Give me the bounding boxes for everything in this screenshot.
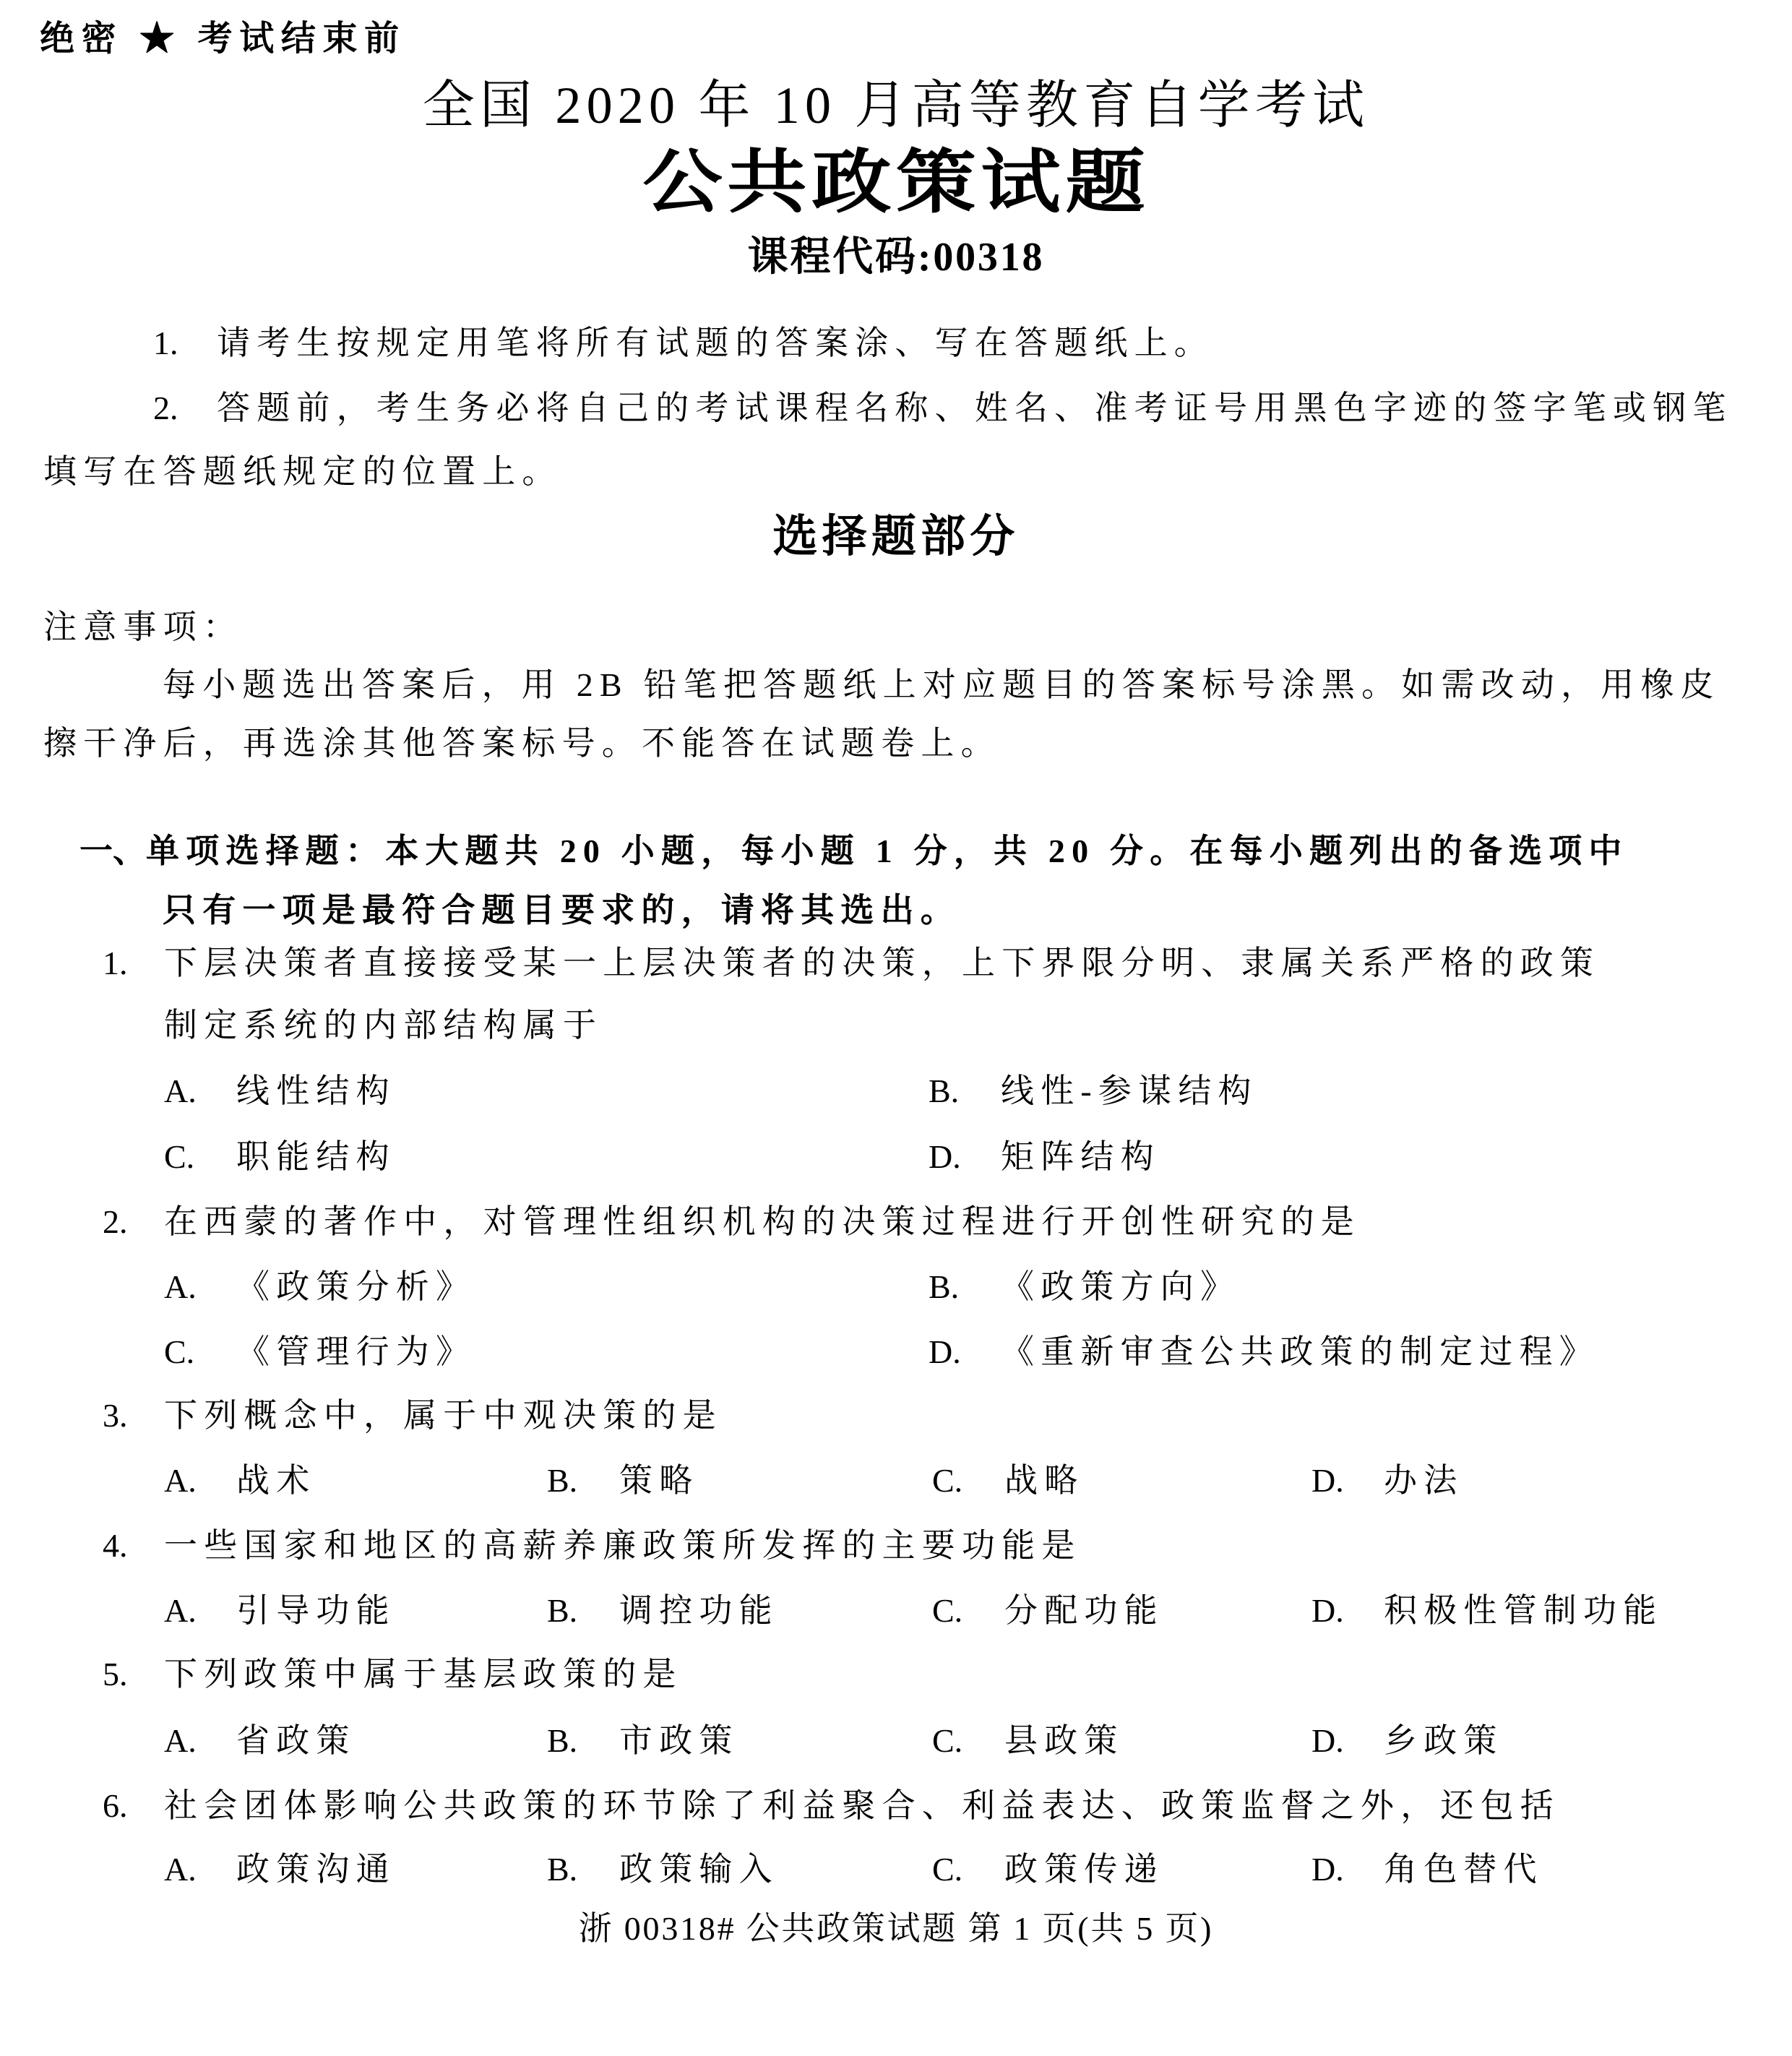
question-6-option-a-label: A. — [164, 1853, 236, 1886]
question-5-options-row: A.省政策 B.市政策 C.县政策 D.乡政策 — [0, 1724, 1792, 1768]
question-4-option-c-text: 分配功能 — [1004, 1592, 1164, 1629]
question-1-options-row-1: A.线性结构 B.线性-参谋结构 — [0, 1075, 1792, 1118]
question-1-option-b-label: B. — [929, 1075, 1001, 1108]
paper-title: 公共政策试题 — [0, 148, 1792, 218]
notice-line-1: 每小题选出答案后，用 2B 铅笔把答题纸上对应题目的答案标号涂黑。如需改动，用橡… — [163, 668, 1720, 702]
question-3-option-c-text: 战略 — [1004, 1462, 1084, 1499]
question-4-option-b: B.调控功能 — [547, 1594, 779, 1627]
instruction-1-number: 1. — [153, 327, 217, 360]
question-1-option-b: B.线性-参谋结构 — [929, 1075, 1258, 1108]
question-6-stem: 6.社会团体影响公共政策的环节除了利益聚合、利益表达、政策监督之外，还包括 — [103, 1789, 1560, 1823]
question-3-option-a-label: A. — [164, 1464, 236, 1497]
page-footer: 浙 00318# 公共政策试题 第 1 页(共 5 页) — [0, 1912, 1792, 1945]
question-2-text: 在西蒙的著作中，对管理性组织机构的决策过程进行开创性研究的是 — [164, 1203, 1361, 1240]
part-1-heading-text: 单项选择题：本大题共 20 小题，每小题 1 分，共 20 分。在每小题列出的备… — [146, 833, 1629, 869]
question-2-option-d-label: D. — [929, 1335, 1001, 1369]
notice-heading: 注意事项： — [43, 611, 243, 644]
instruction-2-continuation: 填写在答题纸规定的位置上。 — [43, 455, 562, 489]
instruction-2: 2.答题前，考生务必将自己的考试课程名称、姓名、准考证号用黑色字迹的签字笔或钢笔 — [153, 392, 1733, 425]
question-4-option-a-label: A. — [164, 1594, 236, 1627]
question-5-option-a: A.省政策 — [164, 1724, 356, 1758]
notice-line-2: 擦干净后，再选涂其他答案标号。不能答在试题卷上。 — [43, 727, 1001, 760]
question-3-option-b: B.策略 — [547, 1464, 699, 1497]
question-6-text: 社会团体影响公共政策的环节除了利益聚合、利益表达、政策监督之外，还包括 — [164, 1787, 1560, 1824]
question-2-option-a: A.《政策分析》 — [164, 1270, 475, 1304]
question-1-option-a-text: 线性结构 — [236, 1072, 396, 1109]
part-1-heading: 一、单项选择题：本大题共 20 小题，每小题 1 分，共 20 分。在每小题列出… — [79, 835, 1629, 868]
secret-label: 绝密 ★ 考试结束前 — [40, 22, 406, 56]
question-1-options-row-2: C.职能结构 D.矩阵结构 — [0, 1140, 1792, 1184]
question-1-option-d-text: 矩阵结构 — [1001, 1138, 1160, 1175]
question-6-option-c: C.政策传递 — [932, 1853, 1164, 1886]
question-6-option-c-label: C. — [932, 1853, 1004, 1886]
question-3-number: 3. — [103, 1399, 164, 1432]
instruction-1-text: 请考生按规定用笔将所有试题的答案涂、写在答题纸上。 — [217, 324, 1214, 361]
question-1-option-c-text: 职能结构 — [236, 1138, 396, 1175]
question-1-stem: 1.下层决策者直接接受某一上层决策者的决策，上下界限分明、隶属关系严格的政策 — [103, 947, 1600, 980]
question-6-options-row: A.政策沟通 B.政策输入 C.政策传递 D.角色替代 — [0, 1853, 1792, 1896]
question-1-option-a-label: A. — [164, 1075, 236, 1108]
question-6-option-b-text: 政策输入 — [619, 1851, 779, 1888]
question-3-option-d-label: D. — [1311, 1464, 1384, 1497]
question-5-option-d-label: D. — [1311, 1724, 1384, 1758]
question-3-option-d: D.办法 — [1311, 1464, 1463, 1497]
question-4-option-d-label: D. — [1311, 1594, 1384, 1627]
question-5-option-d: D.乡政策 — [1311, 1724, 1504, 1758]
question-3-option-a-text: 战术 — [236, 1462, 316, 1499]
question-6-number: 6. — [103, 1789, 164, 1823]
question-4-number: 4. — [103, 1529, 164, 1562]
part-1-heading-continuation: 只有一项是最符合题目要求的，请将其选出。 — [163, 894, 960, 927]
question-2-option-b: B.《政策方向》 — [929, 1270, 1240, 1304]
question-4-option-b-text: 调控功能 — [619, 1592, 779, 1629]
question-2-option-d-text: 《重新审查公共政策的制定过程》 — [1001, 1333, 1599, 1370]
question-4-stem: 4.一些国家和地区的高薪养廉政策所发挥的主要功能是 — [103, 1529, 1082, 1562]
question-4-option-b-label: B. — [547, 1594, 619, 1627]
question-3-option-b-label: B. — [547, 1464, 619, 1497]
question-3-options-row: A.战术 B.策略 C.战略 D.办法 — [0, 1464, 1792, 1507]
question-2-options-row-2: C.《管理行为》 D.《重新审查公共政策的制定过程》 — [0, 1335, 1792, 1379]
question-2-option-a-label: A. — [164, 1270, 236, 1304]
question-1-stem-continuation: 制定系统的内部结构属于 — [164, 1009, 603, 1042]
question-4-option-d-text: 积极性管制功能 — [1384, 1592, 1663, 1629]
question-3-text: 下列概念中，属于中观决策的是 — [164, 1397, 723, 1434]
question-1-option-c-label: C. — [164, 1140, 236, 1174]
course-code: 课程代码:00318 — [0, 237, 1792, 278]
question-5-option-b-text: 市政策 — [619, 1722, 739, 1759]
question-6-option-d-text: 角色替代 — [1384, 1851, 1543, 1888]
question-5-option-c-label: C. — [932, 1724, 1004, 1758]
question-1-option-d: D.矩阵结构 — [929, 1140, 1160, 1174]
question-6-option-c-text: 政策传递 — [1004, 1851, 1164, 1888]
question-1-option-d-label: D. — [929, 1140, 1001, 1174]
question-5-option-b-label: B. — [547, 1724, 619, 1758]
exam-paper-page: { "page": { "secret_label": "绝密 ★ 考试结束前"… — [0, 0, 1792, 2056]
question-2-option-c-text: 《管理行为》 — [236, 1333, 475, 1370]
question-6-option-a: A.政策沟通 — [164, 1853, 396, 1886]
question-2-options-row-1: A.《政策分析》 B.《政策方向》 — [0, 1270, 1792, 1314]
question-3-stem: 3.下列概念中，属于中观决策的是 — [103, 1399, 723, 1432]
question-6-option-d-label: D. — [1311, 1853, 1384, 1886]
question-2-number: 2. — [103, 1205, 164, 1239]
question-3-option-c: C.战略 — [932, 1464, 1084, 1497]
question-5-stem: 5.下列政策中属于基层政策的是 — [103, 1658, 683, 1691]
question-5-option-d-text: 乡政策 — [1384, 1722, 1504, 1759]
question-4-option-a-text: 引导功能 — [236, 1592, 396, 1629]
question-3-option-c-label: C. — [932, 1464, 1004, 1497]
question-5-text: 下列政策中属于基层政策的是 — [164, 1656, 683, 1692]
question-4-option-d: D.积极性管制功能 — [1311, 1594, 1663, 1627]
question-4-option-c-label: C. — [932, 1594, 1004, 1627]
question-1-text: 下层决策者直接接受某一上层决策者的决策，上下界限分明、隶属关系严格的政策 — [164, 945, 1600, 981]
question-2-option-b-label: B. — [929, 1270, 1001, 1304]
exam-session-title: 全国 2020 年 10 月高等教育自学考试 — [0, 79, 1792, 132]
question-3-option-d-text: 办法 — [1384, 1462, 1463, 1499]
question-3-option-b-text: 策略 — [619, 1462, 699, 1499]
question-6-option-d: D.角色替代 — [1311, 1853, 1543, 1886]
question-1-option-a: A.线性结构 — [164, 1075, 396, 1108]
question-5-option-c-text: 县政策 — [1004, 1722, 1124, 1759]
question-6-option-b: B.政策输入 — [547, 1853, 779, 1886]
question-2-option-b-text: 《政策方向》 — [1001, 1268, 1240, 1305]
question-6-option-b-label: B. — [547, 1853, 619, 1886]
question-2-stem: 2.在西蒙的著作中，对管理性组织机构的决策过程进行开创性研究的是 — [103, 1205, 1361, 1239]
question-2-option-c-label: C. — [164, 1335, 236, 1369]
question-5-number: 5. — [103, 1658, 164, 1691]
instruction-2-text: 答题前，考生务必将自己的考试课程名称、姓名、准考证号用黑色字迹的签字笔或钢笔 — [217, 390, 1733, 426]
question-5-option-b: B.市政策 — [547, 1724, 739, 1758]
question-5-option-a-label: A. — [164, 1724, 236, 1758]
question-4-option-a: A.引导功能 — [164, 1594, 396, 1627]
question-4-text: 一些国家和地区的高薪养廉政策所发挥的主要功能是 — [164, 1527, 1082, 1564]
question-2-option-c: C.《管理行为》 — [164, 1335, 475, 1369]
question-1-option-b-text: 线性-参谋结构 — [1001, 1072, 1258, 1109]
question-1-number: 1. — [103, 947, 164, 980]
question-4-option-c: C.分配功能 — [932, 1594, 1164, 1627]
question-4-options-row: A.引导功能 B.调控功能 C.分配功能 D.积极性管制功能 — [0, 1594, 1792, 1638]
question-1-option-c: C.职能结构 — [164, 1140, 396, 1174]
section-title: 选择题部分 — [0, 515, 1792, 559]
question-5-option-c: C.县政策 — [932, 1724, 1124, 1758]
instruction-2-number: 2. — [153, 392, 217, 425]
question-2-option-d: D.《重新审查公共政策的制定过程》 — [929, 1335, 1599, 1369]
question-6-option-a-text: 政策沟通 — [236, 1851, 396, 1888]
instruction-1: 1.请考生按规定用笔将所有试题的答案涂、写在答题纸上。 — [153, 327, 1214, 360]
question-5-option-a-text: 省政策 — [236, 1722, 356, 1759]
question-2-option-a-text: 《政策分析》 — [236, 1268, 475, 1305]
part-1-number: 一、 — [79, 833, 146, 869]
question-3-option-a: A.战术 — [164, 1464, 316, 1497]
paper-title-text: 公共政策试题 — [642, 148, 1150, 218]
